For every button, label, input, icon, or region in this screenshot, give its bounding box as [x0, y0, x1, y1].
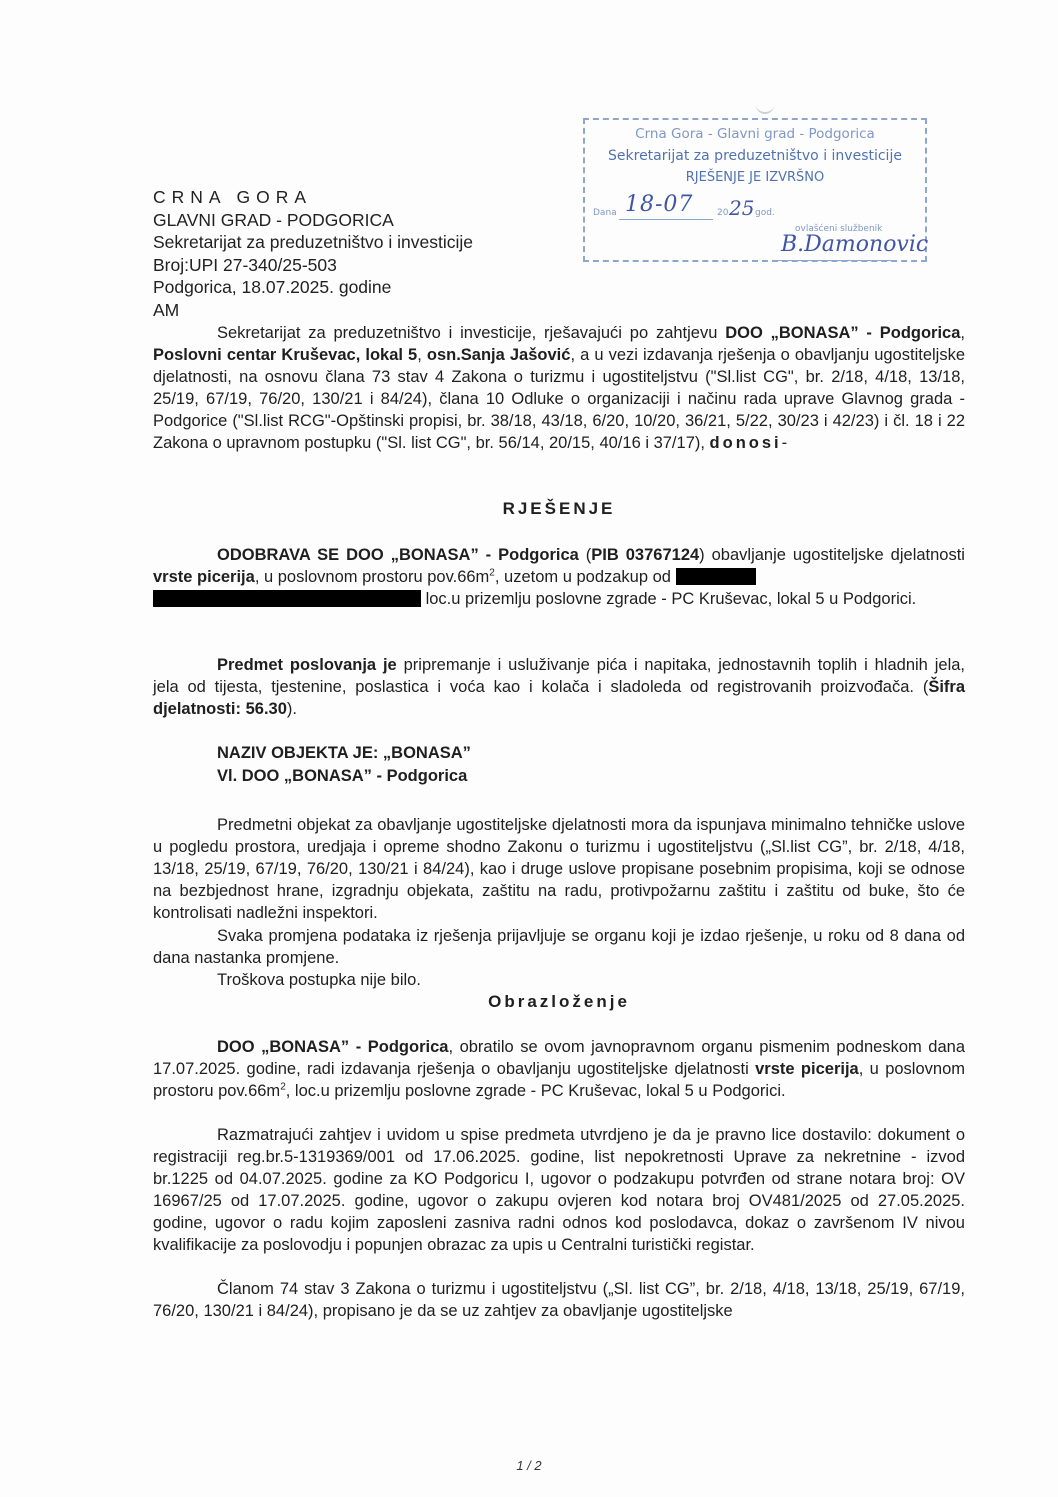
check-mark-icon	[756, 104, 774, 114]
pib-number: PIB 03767124	[591, 546, 699, 564]
costs-paragraph: Troškova postupka nije bilo.	[153, 969, 965, 991]
decision-text: loc.u prizemlju poslovne zgrade - PC Kru…	[421, 590, 916, 608]
stamp-year-prefix: 20	[717, 208, 728, 218]
stamp-handwritten-year: 25	[729, 196, 754, 220]
department-name: Sekretarijat za preduzetništvo i investi…	[153, 231, 473, 254]
decision-text: , uzetom u podzakup od	[495, 568, 676, 586]
conditions-paragraph: Predmetni objekat za obavljanje ugostite…	[153, 814, 965, 924]
official-stamp: Crna Gora - Glavni grad - Podgorica Sekr…	[583, 118, 927, 262]
subject-paragraph: Predmet poslovanja je pripremanje i uslu…	[153, 654, 965, 720]
stamp-handwritten-date: 18-07	[625, 192, 693, 217]
object-owner: Vl. DOO „BONASA” - Podgorica	[217, 765, 917, 787]
document-number: Broj:UPI 27-340/25-503	[153, 254, 473, 277]
stamp-line-2: Sekretarijat za preduzetništvo i investi…	[585, 148, 925, 164]
decision-text: (	[579, 546, 591, 564]
subject-label: Predmet poslovanja je	[217, 656, 397, 674]
intro-paragraph: Sekretarijat za preduzetništvo i investi…	[153, 322, 965, 454]
decision-paragraph: ODOBRAVA SE DOO „BONASA” - Podgorica (PI…	[153, 544, 965, 610]
place-date: Podgorica, 18.07.2025. godine	[153, 276, 473, 299]
applicant-address: Poslovni centar Kruševac, lokal 5	[153, 346, 417, 364]
stamp-signature-line	[775, 260, 895, 261]
city-name: GLAVNI GRAD - PODGORICA	[153, 209, 473, 232]
reasoning-paragraph-2: Razmatrajući zahtjev i uvidom u spise pr…	[153, 1124, 965, 1256]
intro-text: Sekretarijat za preduzetništvo i investi…	[217, 324, 725, 342]
reasoning-paragraph-1: DOO „BONASA” - Podgorica, obratilo se ov…	[153, 1036, 965, 1102]
activity-type: vrste picerija	[755, 1060, 859, 1078]
country-name: CRNA GORA	[153, 186, 473, 209]
redaction-block	[153, 590, 421, 607]
intro-text: -	[782, 434, 788, 452]
reasoning-title: Obrazloženje	[153, 991, 965, 1013]
changes-paragraph: Svaka promjena podataka iz rješenja prij…	[153, 925, 965, 969]
letterhead: CRNA GORA GLAVNI GRAD - PODGORICA Sekret…	[153, 186, 473, 321]
activity-type: vrste picerija	[153, 568, 255, 586]
page-number: 1 / 2	[0, 1458, 1058, 1473]
applicant-name: DOO „BONASA” - Podgorica	[725, 324, 960, 342]
stamp-date-line	[619, 219, 713, 220]
object-name: NAZIV OBJEKTA JE: „BONASA”	[217, 742, 917, 764]
reasoning-text: , loc.u prizemlju poslovne zgrade - PC K…	[286, 1082, 786, 1100]
decision-title: RJEŠENJE	[153, 498, 965, 520]
stamp-line-1: Crna Gora - Glavni grad - Podgorica	[585, 126, 925, 142]
reasoning-paragraph-3: Članom 74 stav 3 Zakona o turizmu i ugos…	[153, 1278, 965, 1322]
approval-statement: ODOBRAVA SE DOO „BONASA” - Podgorica	[217, 546, 579, 564]
applicant-name: DOO „BONASA” - Podgorica	[217, 1038, 448, 1056]
initials: AM	[153, 299, 473, 322]
stamp-god-label: god.	[755, 208, 775, 218]
decision-text: , u poslovnom prostoru pov.66m	[255, 568, 489, 586]
redaction-block	[676, 568, 756, 585]
intro-text: ,	[417, 346, 427, 364]
subject-text: ).	[287, 700, 297, 718]
stamp-dana-label: Dana	[593, 208, 617, 218]
donosi-keyword: donosi	[710, 434, 782, 452]
intro-text: ,	[960, 324, 965, 342]
stamp-line-3: RJEŠENJE JE IZVRŠNO	[585, 170, 925, 185]
decision-text: ) obavljanje ugostiteljske djelatnosti	[699, 546, 965, 564]
stamp-signature: B.Damonovic	[781, 232, 928, 257]
applicant-founder: osn.Sanja Jašović	[427, 346, 571, 364]
document-page: Crna Gora - Glavni grad - Podgorica Sekr…	[0, 0, 1058, 1497]
